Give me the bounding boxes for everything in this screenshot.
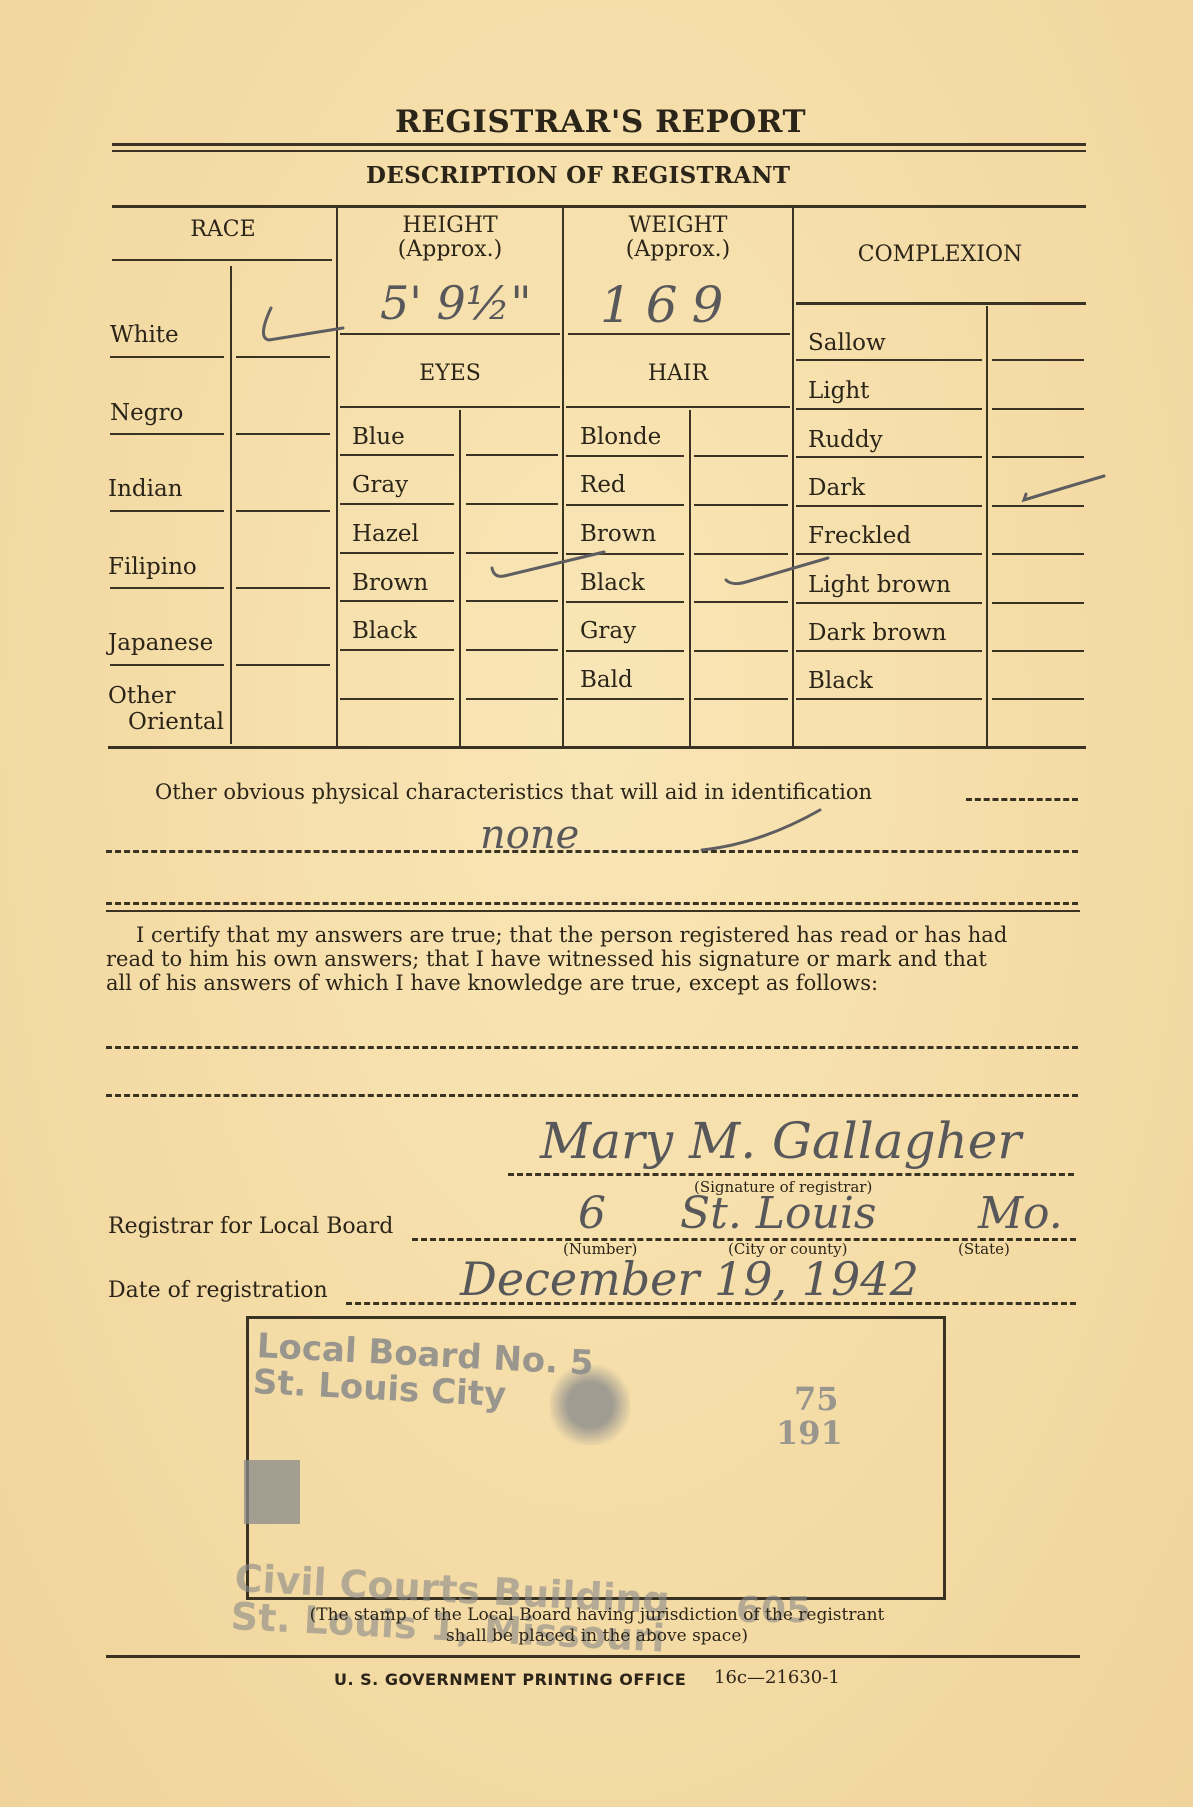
hair-rule (566, 698, 684, 700)
eyes-rule (340, 600, 454, 602)
hair-inner-divider (689, 410, 691, 746)
certification-text: I certify that my answers are true; that… (106, 923, 1007, 995)
height-heading-sub: (Approx.) (338, 238, 562, 262)
eyes-checkbox-brown[interactable] (466, 600, 558, 602)
divider-height (562, 208, 564, 746)
hair-checkbox-bald[interactable] (694, 698, 788, 700)
local-board-number[interactable]: 6 (578, 1188, 606, 1239)
race-inner-divider (230, 266, 232, 744)
eyes-heading: EYES (338, 362, 562, 386)
divider-weight (792, 208, 794, 746)
divider-race (336, 208, 338, 746)
eyes-checkbox-black[interactable] (466, 649, 558, 651)
complexion-option-dark-brown: Dark brown (808, 620, 946, 646)
eyes-option-black: Black (352, 618, 417, 644)
race-checkbox-filipino[interactable] (236, 587, 330, 589)
race-rule (110, 510, 224, 512)
height-heading-label: HEIGHT (338, 214, 562, 238)
check-mark-icon (488, 548, 608, 588)
complexion-rule (796, 456, 982, 458)
stamp-number-1: 75 (794, 1380, 839, 1418)
stamp-instruction-line-1: (The stamp of the Local Board having jur… (232, 1605, 962, 1626)
hair-option-gray: Gray (580, 618, 636, 644)
hair-rule (566, 504, 684, 506)
complexion-checkbox-light[interactable] (992, 408, 1084, 410)
complexion-rule (796, 359, 982, 361)
certification-line-2: read to him his own answers; that I have… (106, 947, 1007, 971)
certification-line-3: all of his answers of which I have knowl… (106, 971, 1007, 995)
complexion-option-light: Light (808, 378, 869, 404)
complexion-checkbox-ruddy[interactable] (992, 456, 1084, 458)
other-characteristics-input-line-2[interactable] (106, 902, 1078, 905)
height-value-rule (340, 333, 560, 335)
race-heading: RACE (112, 218, 334, 242)
eyes-option-gray: Gray (352, 472, 408, 498)
eyes-inner-divider (459, 410, 461, 746)
hair-option-red: Red (580, 472, 626, 498)
form-code: 16c—21630-1 (714, 1667, 840, 1688)
race-option-filipino: Filipino (108, 554, 197, 580)
exceptions-input-line-1[interactable] (106, 1046, 1078, 1049)
hair-option-brown: Brown (580, 521, 656, 547)
section-rule (106, 910, 1080, 912)
check-mark-icon (722, 552, 832, 592)
footer-rule (106, 1655, 1080, 1658)
hair-checkbox-gray[interactable] (694, 650, 788, 652)
hair-option-blonde: Blonde (580, 424, 661, 450)
ink-block-icon (244, 1460, 300, 1524)
eyes-checkbox-gray[interactable] (466, 503, 558, 505)
height-value[interactable]: 5' 9½" (380, 276, 532, 330)
eyes-rule (340, 552, 454, 554)
hair-rule (566, 455, 684, 457)
local-board-state[interactable]: Mo. (978, 1188, 1063, 1239)
race-checkbox-negro[interactable] (236, 433, 330, 435)
complexion-heading-rule (796, 302, 1086, 305)
race-other-line1: Other (108, 683, 224, 709)
hair-checkbox-red[interactable] (694, 504, 788, 506)
race-option-japanese: Japanese (108, 630, 213, 656)
certification-line-1: I certify that my answers are true; that… (106, 923, 1007, 947)
date-label: Date of registration (108, 1278, 328, 1303)
weight-value[interactable]: 169 (600, 276, 737, 334)
weight-heading-sub: (Approx.) (564, 238, 792, 262)
eyes-option-brown: Brown (352, 570, 428, 596)
title-rule-bottom (112, 150, 1086, 152)
race-option-white: White (110, 322, 179, 348)
complexion-rule (796, 505, 982, 507)
eyes-rule (340, 649, 454, 651)
check-mark-icon (1020, 466, 1110, 506)
hair-rule (566, 601, 684, 603)
race-rule (110, 664, 224, 666)
other-characteristics-label: Other obvious physical characteristics t… (155, 780, 872, 804)
complexion-checkbox-black[interactable] (992, 698, 1084, 700)
other-characteristics-value[interactable]: none (480, 812, 579, 858)
race-option-indian: Indian (108, 476, 183, 502)
eyes-heading-rule (340, 406, 560, 408)
registrar-signature[interactable]: Mary M. Gallagher (540, 1112, 1021, 1170)
hair-checkbox-blonde[interactable] (694, 455, 788, 457)
complexion-option-freckled: Freckled (808, 523, 911, 549)
race-rule (110, 356, 224, 358)
eyes-option-blue: Blue (352, 424, 405, 450)
stamp-number-2: 191 (776, 1414, 843, 1452)
height-heading: HEIGHT (Approx.) (338, 214, 562, 262)
page-title: REGISTRAR'S REPORT (395, 104, 806, 140)
signature-line[interactable] (508, 1173, 1074, 1176)
weight-heading: WEIGHT (Approx.) (564, 214, 792, 262)
complexion-heading: COMPLEXION (794, 243, 1086, 267)
other-characteristics-dotted-line (966, 798, 1078, 801)
eyes-checkbox-blue[interactable] (466, 454, 558, 456)
eyes-checkbox-blank[interactable] (466, 698, 558, 700)
table-top-rule (112, 205, 1086, 208)
other-characteristics-input-line[interactable] (106, 850, 1078, 853)
hair-heading: HAIR (564, 362, 792, 386)
hair-heading-rule (566, 406, 790, 408)
race-rule (110, 587, 224, 589)
caption-state: (State) (958, 1240, 1010, 1258)
printer-credit: U. S. GOVERNMENT PRINTING OFFICE (334, 1670, 686, 1689)
race-rule (110, 433, 224, 435)
complexion-rule (796, 650, 982, 652)
stamp-instruction-line-2: shall be placed in the above space) (232, 1626, 962, 1647)
complexion-option-ruddy: Ruddy (808, 427, 883, 453)
race-checkbox-japanese[interactable] (236, 664, 330, 666)
pencil-stroke-icon (700, 806, 830, 856)
complexion-checkbox-freckled[interactable] (992, 553, 1084, 555)
hair-option-bald: Bald (580, 667, 633, 693)
complexion-inner-divider (986, 306, 988, 746)
complexion-checkbox-sallow[interactable] (992, 359, 1084, 361)
complexion-option-dark: Dark (808, 475, 865, 501)
race-checkbox-indian[interactable] (236, 510, 330, 512)
section-subtitle: DESCRIPTION OF REGISTRANT (366, 162, 790, 189)
eyes-option-hazel: Hazel (352, 521, 419, 547)
race-heading-rule (112, 259, 332, 261)
stamp-instruction: (The stamp of the Local Board having jur… (232, 1605, 962, 1647)
date-value[interactable]: December 19, 1942 (460, 1252, 919, 1306)
complexion-checkbox-dark-brown[interactable] (992, 650, 1084, 652)
complexion-checkbox-light-brown[interactable] (992, 602, 1084, 604)
table-bottom-rule (108, 746, 1086, 749)
complexion-rule (796, 408, 982, 410)
ink-smudge-icon (550, 1365, 630, 1445)
local-board-label: Registrar for Local Board (108, 1214, 393, 1239)
race-checkbox-white[interactable] (236, 356, 330, 358)
race-other-line2: Oriental (108, 709, 224, 735)
title-rule-top (112, 143, 1086, 146)
check-mark-icon (255, 300, 345, 350)
hair-rule (566, 650, 684, 652)
race-option-negro: Negro (110, 400, 183, 426)
race-option-other-oriental: Other Oriental (108, 683, 224, 735)
complexion-rule (796, 602, 982, 604)
eyes-rule (340, 454, 454, 456)
complexion-rule (796, 698, 982, 700)
hair-checkbox-black[interactable] (694, 601, 788, 603)
complexion-option-sallow: Sallow (808, 330, 886, 356)
local-board-city[interactable]: St. Louis (680, 1188, 877, 1239)
eyes-rule (340, 698, 454, 700)
complexion-option-black: Black (808, 668, 873, 694)
exceptions-input-line-2[interactable] (106, 1094, 1078, 1097)
eyes-rule (340, 503, 454, 505)
weight-heading-label: WEIGHT (564, 214, 792, 238)
